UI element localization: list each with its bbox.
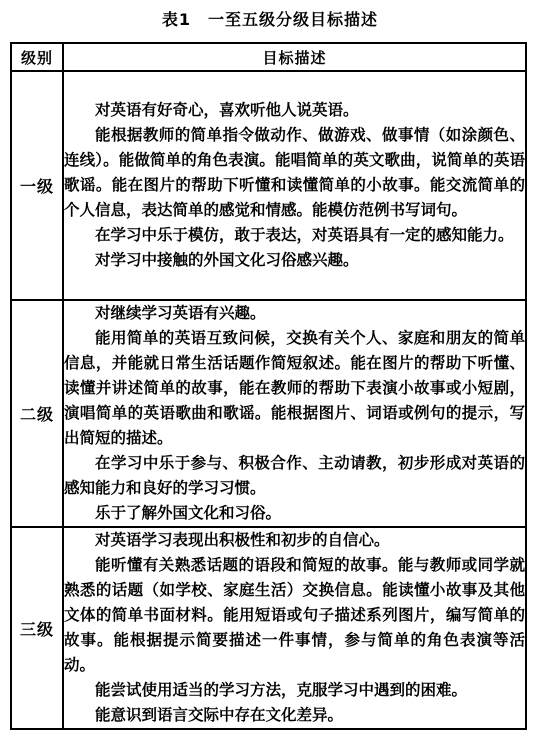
- paragraph: 能根据教师的简单指令做动作、做游戏、做事情（如涂颜色、连线）。能做简单的角色表演…: [64, 123, 525, 223]
- paragraph: 对英语学习表现出积极性和初步的自信心。: [64, 528, 525, 553]
- paragraph: 在学习中乐于参与、积极合作、主动请教，初步形成对英语的感知能力和良好的学习习惯。: [64, 451, 525, 501]
- paragraph: 乐于了解外国文化和习俗。: [64, 501, 525, 526]
- paragraph: 对英语有好奇心，喜欢听他人说英语。: [64, 98, 525, 123]
- paragraph: 在学习中乐于模仿，敢于表达，对英语具有一定的感知能力。: [64, 223, 525, 248]
- level-label-2: 二级: [11, 300, 63, 527]
- description-cell-2: 对继续学习英语有兴趣。 能用简单的英语互致问候，交换有关个人、家庭和朋友的简单信…: [63, 300, 526, 527]
- level-label-3: 三级: [11, 527, 63, 729]
- levels-table: 级别 目标描述 一级 对英语有好奇心，喜欢听他人说英语。 能根据教师的简单指令做…: [10, 42, 527, 730]
- table-row-level-1: 一级 对英语有好奇心，喜欢听他人说英语。 能根据教师的简单指令做动作、做游戏、做…: [11, 71, 526, 300]
- paragraph: 对继续学习英语有兴趣。: [64, 301, 525, 326]
- document-page: 表1 一至五级分级目标描述 级别 目标描述 一级 对英语有好奇心，喜欢听他人说英…: [0, 0, 540, 745]
- description-cell-3: 对英语学习表现出积极性和初步的自信心。 能听懂有关熟悉话题的语段和简短的故事。能…: [63, 527, 526, 729]
- table-row-level-2: 二级 对继续学习英语有兴趣。 能用简单的英语互致问候，交换有关个人、家庭和朋友的…: [11, 300, 526, 527]
- paragraph: 能尝试使用适当的学习方法，克服学习中遇到的困难。: [64, 678, 525, 703]
- table-row-level-3: 三级 对英语学习表现出积极性和初步的自信心。 能听懂有关熟悉话题的语段和简短的故…: [11, 527, 526, 729]
- description-cell-1: 对英语有好奇心，喜欢听他人说英语。 能根据教师的简单指令做动作、做游戏、做事情（…: [63, 71, 526, 300]
- paragraph: 能用简单的英语互致问候，交换有关个人、家庭和朋友的简单信息，并能就日常生活话题作…: [64, 326, 525, 451]
- paragraph: 能意识到语言交际中存在文化差异。: [64, 703, 525, 728]
- table-header-row: 级别 目标描述: [11, 43, 526, 71]
- header-description: 目标描述: [63, 43, 526, 71]
- paragraph: 能听懂有关熟悉话题的语段和简短的故事。能与教师或同学就熟悉的话题（如学校、家庭生…: [64, 553, 525, 678]
- level-label-1: 一级: [11, 71, 63, 300]
- paragraph: 对学习中接触的外国文化习俗感兴趣。: [64, 248, 525, 273]
- table-title: 表1 一至五级分级目标描述: [0, 7, 540, 30]
- header-level: 级别: [11, 43, 63, 71]
